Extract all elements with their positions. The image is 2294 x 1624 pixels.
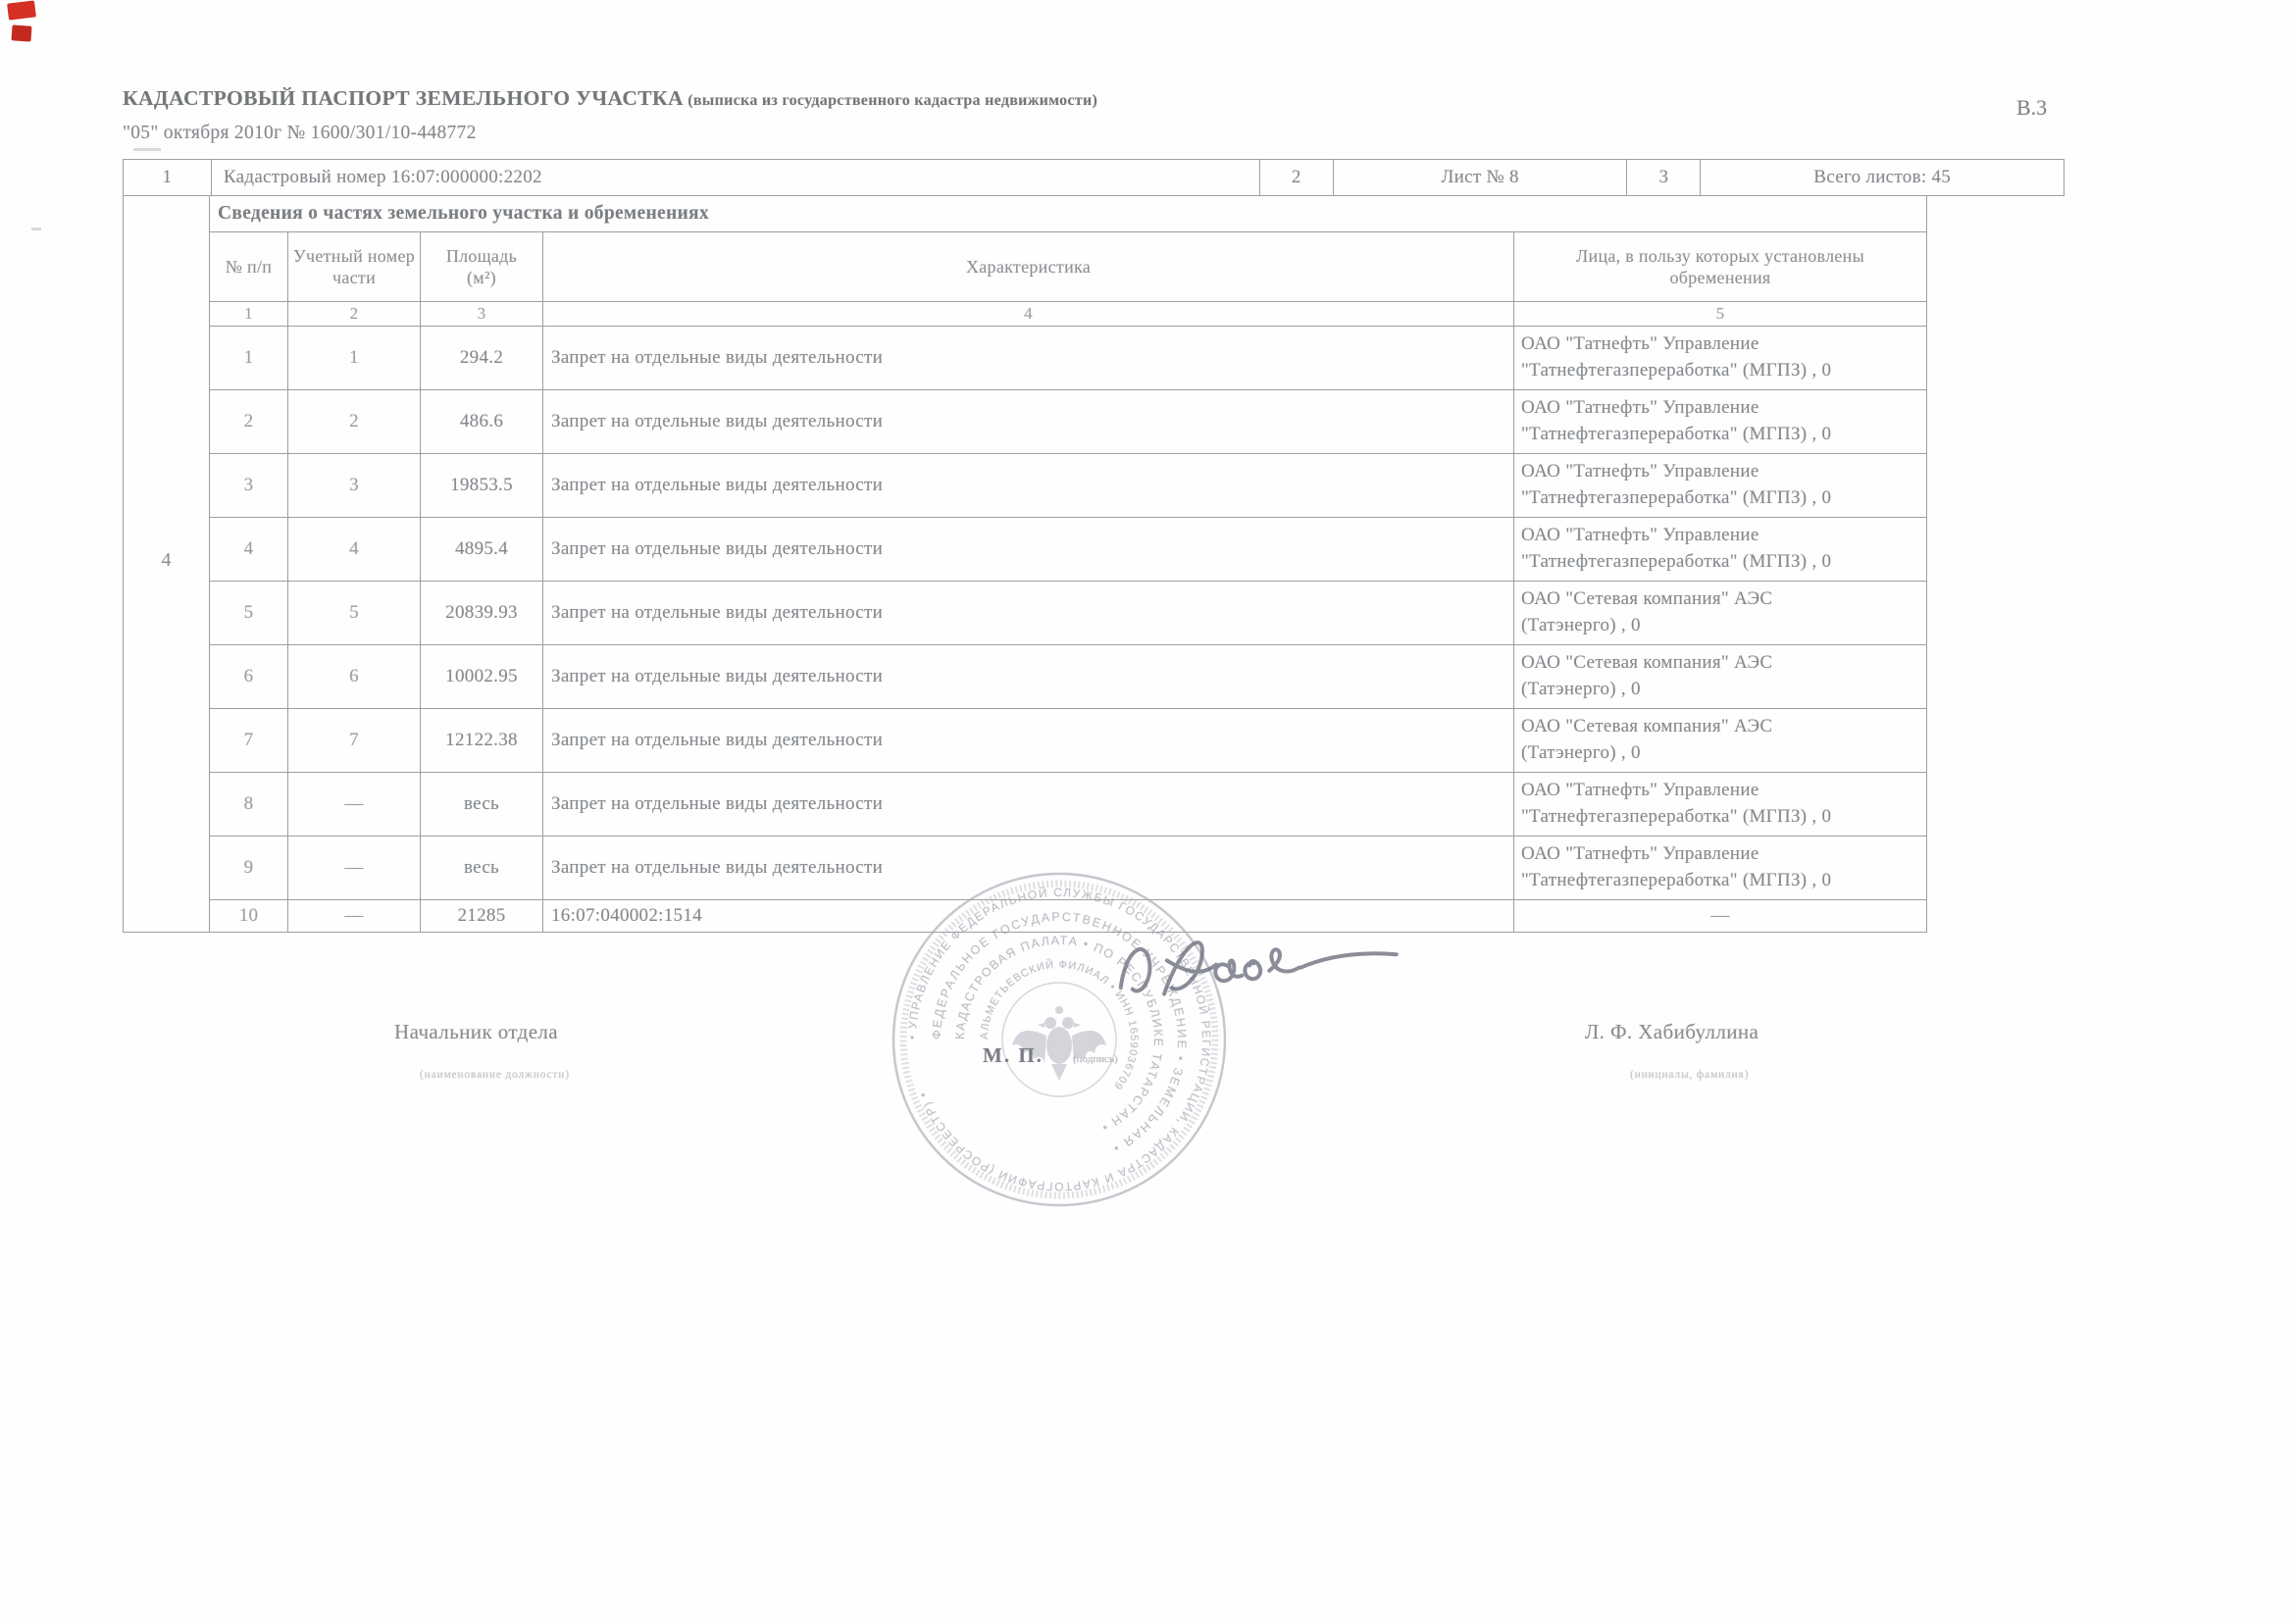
form-code: В.3 — [2016, 95, 2047, 121]
cell-characteristic: Запрет на отдельные виды деятельности — [543, 709, 1514, 772]
col-header-persons: Лица, в пользу которых установлены обрем… — [1514, 232, 1926, 301]
col-header-characteristic: Характеристика — [543, 232, 1514, 301]
col-header-part-number: Учетный номер части — [288, 232, 421, 301]
seal-place-mark: М. П. — [983, 1043, 1044, 1068]
cell-part: 3 — [288, 454, 421, 517]
cell-npp: 7 — [210, 709, 288, 772]
cell-area: весь — [421, 773, 543, 836]
table-row: 2 2 486.6 Запрет на отдельные виды деяте… — [210, 390, 1926, 454]
cell-part: 2 — [288, 390, 421, 453]
column-number: 2 — [288, 302, 421, 326]
cell-npp: 8 — [210, 773, 288, 836]
cell-npp: 3 — [210, 454, 288, 517]
table-row: 3 3 19853.5 Запрет на отдельные виды дея… — [210, 454, 1926, 518]
signer-name-caption: (инициалы, фамилия) — [1630, 1069, 1749, 1081]
cell-npp: 10 — [210, 900, 288, 932]
cell-persons: ОАО "Татнефть" Управление"Татнефтегазпер… — [1514, 327, 1926, 389]
cell-npp: 4 — [210, 518, 288, 581]
sheet-number: Лист № 8 — [1334, 160, 1628, 195]
table-row: 1 1 294.2 Запрет на отдельные виды деяте… — [210, 327, 1926, 390]
doc-title-subtitle: (выписка из государственного кадастра не… — [684, 92, 1097, 109]
cell-part: 1 — [288, 327, 421, 389]
persons-line2: (Татэнерго) , 0 — [1521, 679, 1641, 699]
col-header-area: Площадь (м²) — [421, 232, 543, 301]
persons-line2: (Татэнерго) , 0 — [1521, 742, 1641, 763]
persons-line1: ОАО "Татнефть" Управление — [1521, 780, 1759, 800]
cell-persons: ОАО "Сетевая компания" АЭС(Татэнерго) , … — [1514, 582, 1926, 644]
persons-line1: — — [1710, 905, 1729, 927]
cell-persons: ОАО "Татнефть" Управление"Татнефтегазпер… — [1514, 518, 1926, 581]
cell-area: весь — [421, 837, 543, 899]
signer-position: Начальник отдела — [394, 1020, 558, 1044]
scanned-cadastral-passport-page: КАДАСТРОВЫЙ ПАСПОРТ ЗЕМЕЛЬНОГО УЧАСТКА (… — [0, 0, 2294, 1624]
cell-part: — — [288, 773, 421, 836]
cell-npp: 9 — [210, 837, 288, 899]
cell-area: 294.2 — [421, 327, 543, 389]
column-number: 1 — [210, 302, 288, 326]
date-number-line: "05" октября 2010г № 1600/301/10-448772 — [123, 123, 477, 144]
cell-part: 7 — [288, 709, 421, 772]
parts-encumbrances-table: 4 Сведения о частях земельного участка и… — [123, 195, 1927, 933]
persons-line1: ОАО "Татнефть" Управление — [1521, 525, 1759, 545]
section-title: Сведения о частях земельного участка и о… — [210, 196, 1926, 232]
cell-part: — — [288, 900, 421, 932]
cell-characteristic: Запрет на отдельные виды деятельности — [543, 645, 1514, 708]
persons-line2: "Татнефтегазпереработка" (МГПЗ) , 0 — [1521, 806, 1831, 827]
page-title: КАДАСТРОВЫЙ ПАСПОРТ ЗЕМЕЛЬНОГО УЧАСТКА (… — [123, 86, 1097, 111]
cell-persons: ОАО "Татнефть" Управление"Татнефтегазпер… — [1514, 454, 1926, 517]
table-row: 6 6 10002.95 Запрет на отдельные виды де… — [210, 645, 1926, 709]
persons-line2: (Татэнерго) , 0 — [1521, 615, 1641, 635]
table-header-row: № п/п Учетный номер части Площадь (м²) Х… — [210, 232, 1926, 302]
cell-persons: ОАО "Сетевая компания" АЭС(Татэнерго) , … — [1514, 709, 1926, 772]
scan-artifact — [31, 228, 41, 230]
section-number: 4 — [124, 549, 209, 572]
cell-characteristic: Запрет на отдельные виды деятельности — [543, 327, 1514, 389]
column-numbers-row: 1 2 3 4 5 — [210, 302, 1926, 327]
info-cell-index-1: 1 — [124, 160, 212, 195]
info-cell-index-3: 3 — [1627, 160, 1701, 195]
persons-line1: ОАО "Татнефть" Управление — [1521, 333, 1759, 354]
cell-characteristic: Запрет на отдельные виды деятельности — [543, 518, 1514, 581]
cell-characteristic: Запрет на отдельные виды деятельности — [543, 390, 1514, 453]
cell-area: 20839.93 — [421, 582, 543, 644]
persons-line1: ОАО "Татнефть" Управление — [1521, 461, 1759, 482]
column-number: 3 — [421, 302, 543, 326]
cell-characteristic: Запрет на отдельные виды деятельности — [543, 773, 1514, 836]
persons-line2: "Татнефтегазпереработка" (МГПЗ) , 0 — [1521, 551, 1831, 572]
doc-title-main: КАДАСТРОВЫЙ ПАСПОРТ ЗЕМЕЛЬНОГО УЧАСТКА — [123, 86, 684, 110]
persons-line2: "Татнефтегазпереработка" (МГПЗ) , 0 — [1521, 870, 1831, 890]
persons-line1: ОАО "Сетевая компания" АЭС — [1521, 716, 1772, 736]
red-edge-mark — [11, 25, 31, 41]
handwritten-signature — [1104, 894, 1422, 1033]
cell-area: 12122.38 — [421, 709, 543, 772]
signature-caption: (подпись) — [1073, 1053, 1118, 1065]
persons-line1: ОАО "Татнефть" Управление — [1521, 397, 1759, 418]
cell-characteristic: Запрет на отдельные виды деятельности — [543, 454, 1514, 517]
cell-area: 10002.95 — [421, 645, 543, 708]
cell-npp: 6 — [210, 645, 288, 708]
cell-npp: 1 — [210, 327, 288, 389]
cell-area: 19853.5 — [421, 454, 543, 517]
persons-line1: ОАО "Татнефть" Управление — [1521, 843, 1759, 864]
column-number: 5 — [1514, 302, 1926, 326]
red-edge-mark — [7, 0, 36, 20]
cell-part: 6 — [288, 645, 421, 708]
col-header-area-line2: (м²) — [467, 267, 496, 288]
cell-area: 486.6 — [421, 390, 543, 453]
cell-persons: ОАО "Татнефть" Управление"Татнефтегазпер… — [1514, 773, 1926, 836]
persons-line2: "Татнефтегазпереработка" (МГПЗ) , 0 — [1521, 424, 1831, 444]
persons-line2: "Татнефтегазпереработка" (МГПЗ) , 0 — [1521, 360, 1831, 381]
table-body: Сведения о частях земельного участка и о… — [210, 196, 1926, 932]
cell-area: 4895.4 — [421, 518, 543, 581]
col-header-area-line1: Площадь — [446, 245, 517, 267]
cell-npp: 5 — [210, 582, 288, 644]
table-row: 7 7 12122.38 Запрет на отдельные виды де… — [210, 709, 1926, 773]
persons-line1: ОАО "Сетевая компания" АЭС — [1521, 588, 1772, 609]
cell-persons: ОАО "Татнефть" Управление"Татнефтегазпер… — [1514, 390, 1926, 453]
table-row: 4 4 4895.4 Запрет на отдельные виды деят… — [210, 518, 1926, 582]
column-number: 4 — [543, 302, 1514, 326]
cell-persons: ОАО "Татнефть" Управление"Татнефтегазпер… — [1514, 837, 1926, 899]
cell-part: 4 — [288, 518, 421, 581]
cell-persons: — — [1514, 900, 1926, 932]
cadastral-number: Кадастровый номер 16:07:000000:2202 — [212, 160, 1260, 195]
col-header-npp: № п/п — [210, 232, 288, 301]
scan-artifact — [133, 148, 161, 151]
section-marker-column: 4 — [124, 196, 210, 932]
total-sheets: Всего листов: 45 — [1701, 160, 2064, 195]
cell-part: — — [288, 837, 421, 899]
table-row: 8 — весь Запрет на отдельные виды деятел… — [210, 773, 1926, 837]
cell-part: 5 — [288, 582, 421, 644]
cell-persons: ОАО "Сетевая компания" АЭС(Татэнерго) , … — [1514, 645, 1926, 708]
persons-line1: ОАО "Сетевая компания" АЭС — [1521, 652, 1772, 673]
persons-line2: "Татнефтегазпереработка" (МГПЗ) , 0 — [1521, 487, 1831, 508]
signer-position-caption: (наименование должности) — [420, 1069, 570, 1081]
table-row: 5 5 20839.93 Запрет на отдельные виды де… — [210, 582, 1926, 645]
info-row: 1 Кадастровый номер 16:07:000000:2202 2 … — [123, 159, 2065, 196]
cell-area: 21285 — [421, 900, 543, 932]
info-cell-index-2: 2 — [1260, 160, 1334, 195]
cell-npp: 2 — [210, 390, 288, 453]
cell-characteristic: Запрет на отдельные виды деятельности — [543, 582, 1514, 644]
signer-name: Л. Ф. Хабибуллина — [1585, 1020, 1759, 1044]
